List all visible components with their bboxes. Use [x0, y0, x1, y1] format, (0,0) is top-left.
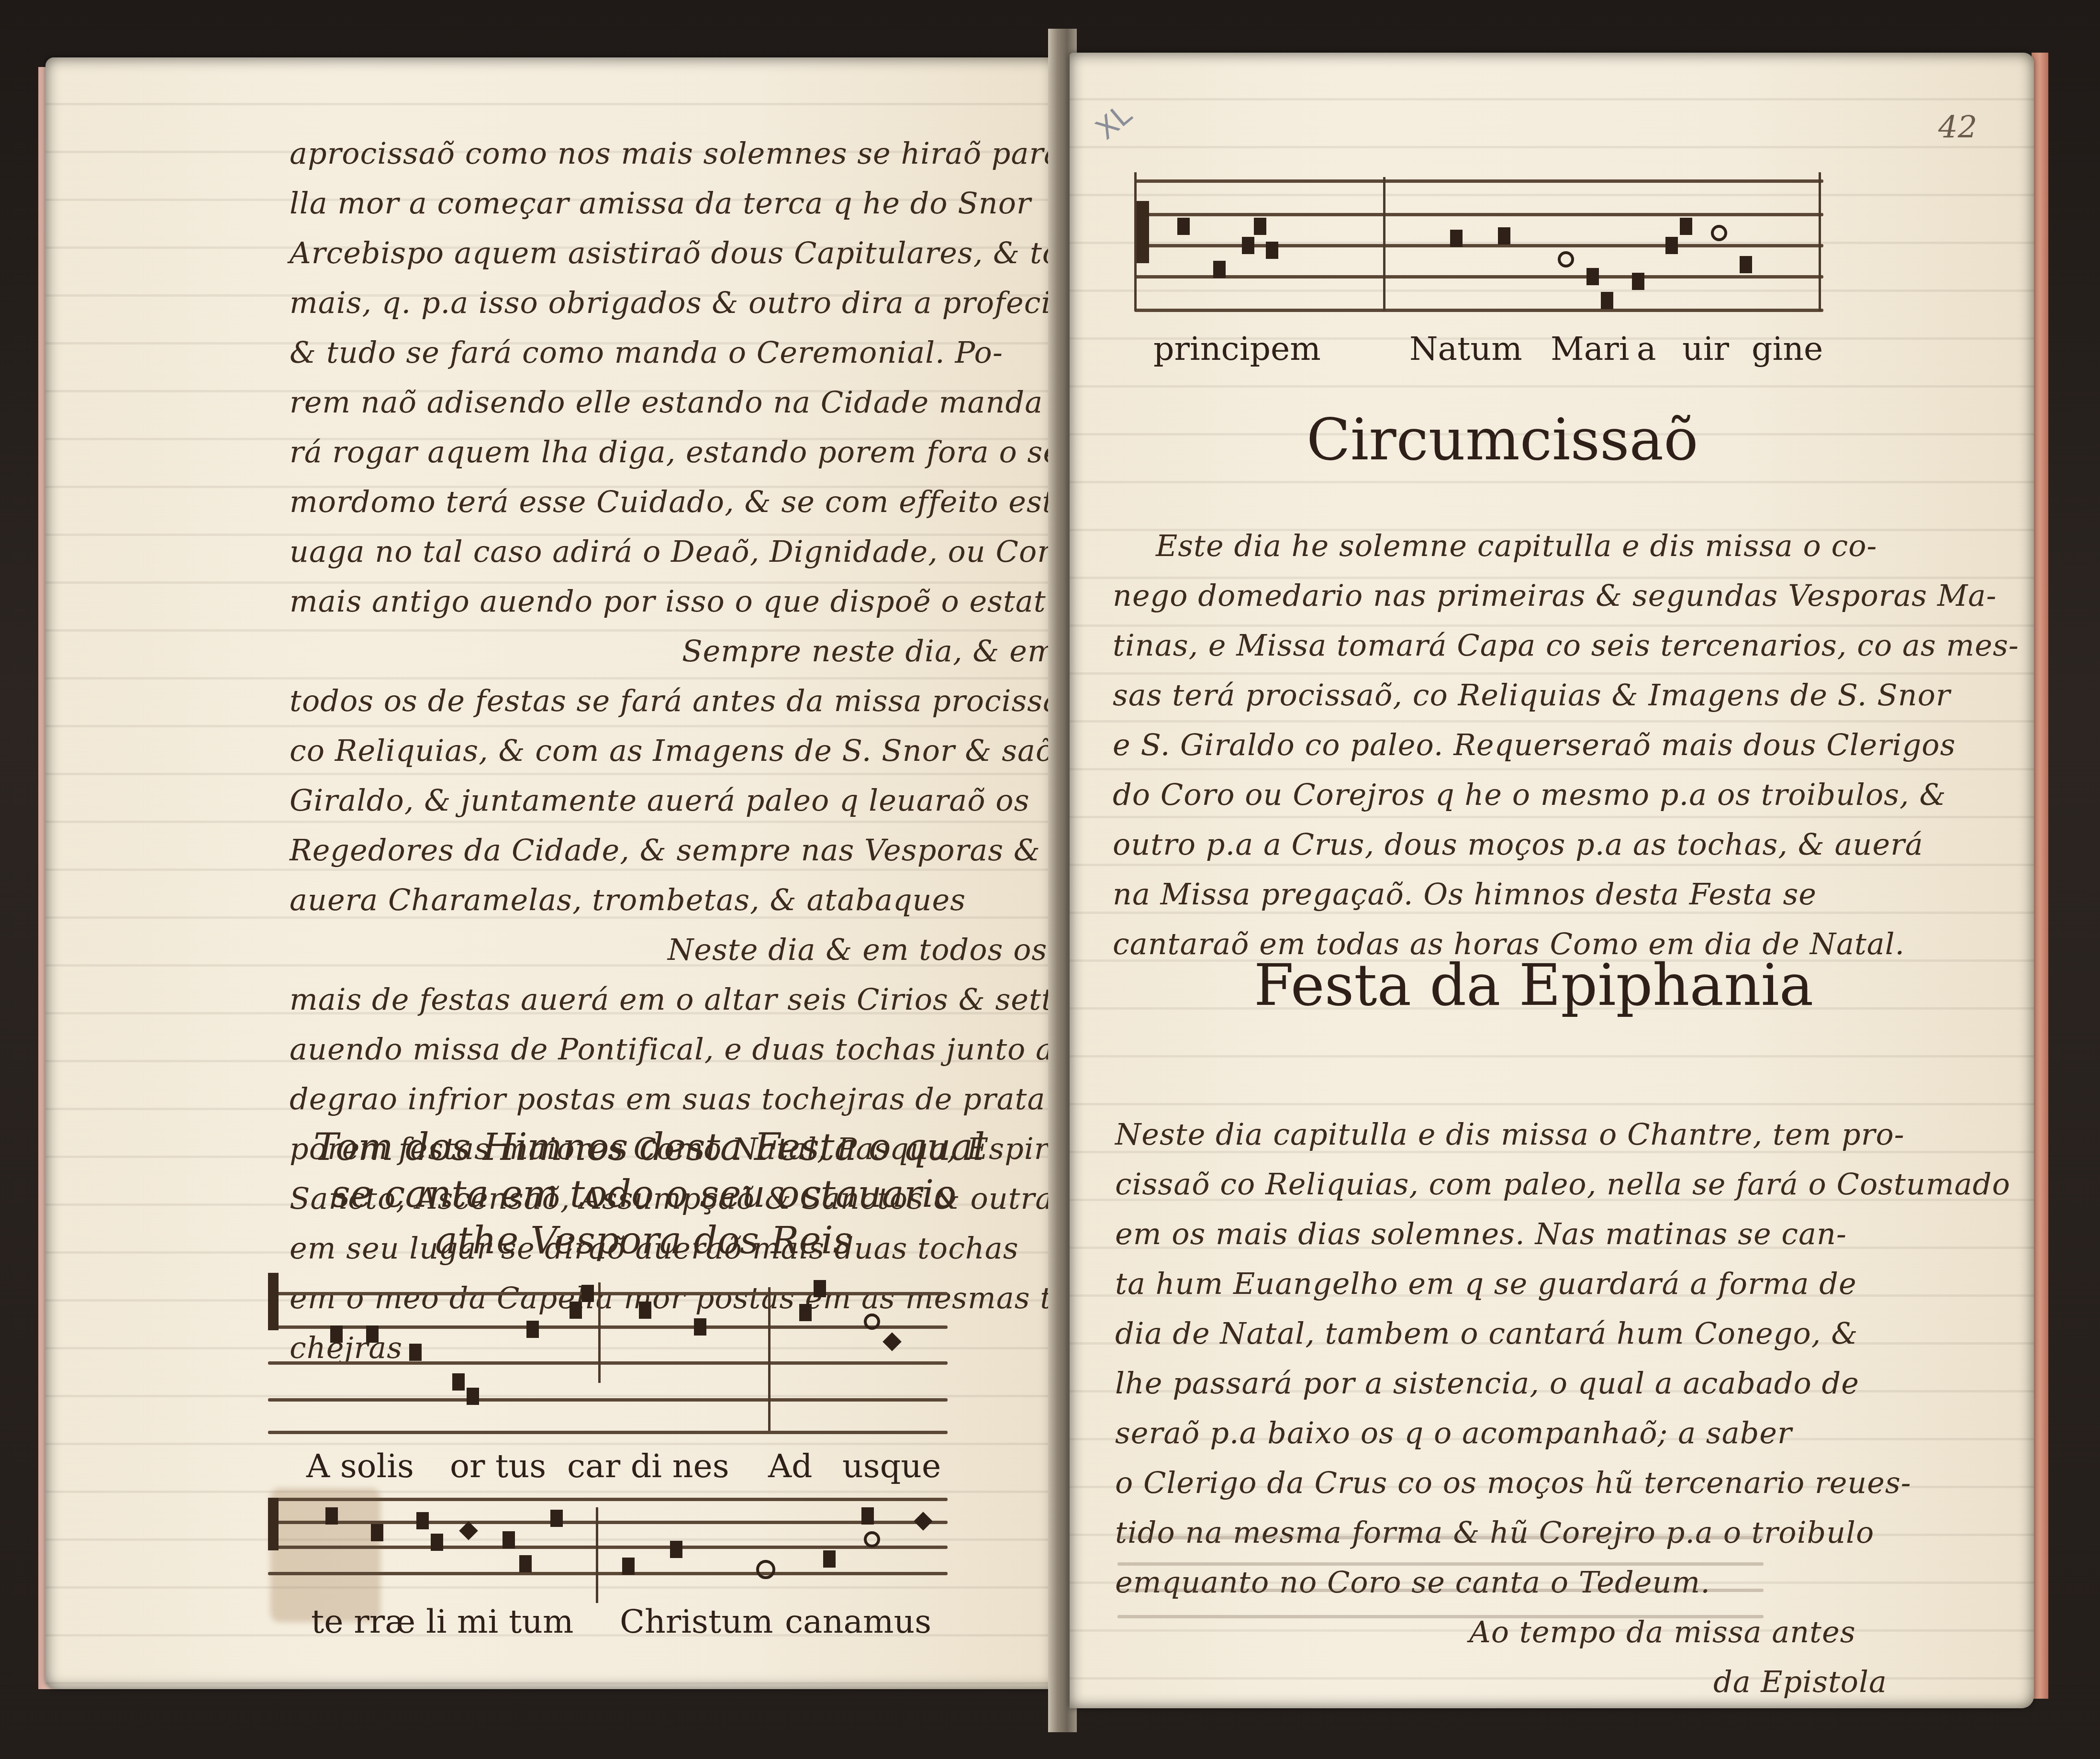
text-line: outro p.a a Crus, dous moços p.a as toch… [1113, 830, 1926, 879]
text-line-lead: Neste dia & em todos os [290, 935, 1055, 985]
text-line: Arcebispo aquem asistiraõ dous Capitular… [290, 238, 1055, 288]
text-line: seraõ p.a baixo os q o acompanhaõ; a sab… [1115, 1418, 1929, 1468]
chant-staff-2 [268, 1498, 948, 1574]
lyric: principem [1153, 330, 1321, 368]
lyric: A solis [306, 1447, 414, 1485]
chant-1-lyrics: A solis or tus car di nes Ad usque [306, 1447, 976, 1491]
text-line: na Missa pregaçaõ. Os himnos desta Festa… [1113, 879, 1926, 929]
text-line: co Reliquias, & com as Imagens de S. Sno… [290, 736, 1055, 786]
text-line: o Clerigo da Crus co os moços hũ tercena… [1115, 1468, 1929, 1518]
text-line: mais antigo auendo por isso o que dispoẽ… [290, 587, 1055, 636]
lyric: Christum [620, 1603, 773, 1641]
text-line: lhe passará por a sistencia, o qual a ac… [1115, 1369, 1929, 1418]
folio-number: 42 [1938, 110, 1977, 145]
lyric: li mi tum [426, 1603, 574, 1641]
text-line: em os mais dias solemnes. Nas matinas se… [1115, 1219, 1929, 1269]
lyric: gine [1752, 330, 1823, 368]
text-line: mais de festas auerá em o altar seis Cir… [290, 985, 1055, 1035]
chant-2-lyrics: te rræ li mi tum Christum canamus [311, 1603, 981, 1646]
top-chant-staff [1134, 172, 1823, 316]
section-title-epiphany: Festa da Epiphania [1254, 952, 1813, 1019]
lyric: canamus [785, 1603, 931, 1641]
text-line: tinas, e Missa tomará Capa co seis terce… [1113, 631, 1926, 680]
text-line: lla mor a começar amissa da terca q he d… [290, 189, 1055, 238]
hymn-tone-heading: Tom dos Himnos desta Festa o qual se can… [313, 1124, 974, 1265]
lyric: or tus [450, 1447, 546, 1485]
chant-staff-1 [268, 1273, 948, 1431]
section-title-circumcision: Circumcissaõ [1307, 407, 1698, 473]
text-line: mais, q. p.a isso obrigados & outro dira… [290, 288, 1055, 338]
text-line: do Coro ou Corejros q he o mesmo p.a os … [1113, 780, 1926, 830]
text-line: dia de Natal, tambem o cantará hum Coneg… [1115, 1319, 1929, 1369]
lyric: car di nes [567, 1447, 729, 1485]
lyric: Ad [768, 1447, 813, 1485]
text-line: rá rogar aquem lha diga, estando porem f… [290, 437, 1055, 487]
lyric: Mari [1551, 330, 1629, 368]
lyric: usque [842, 1447, 941, 1485]
text-line: Neste dia capitulla e dis missa o Chantr… [1115, 1120, 1929, 1169]
text-line: auera Charamelas, trombetas, & atabaques [290, 885, 1055, 935]
lyric: uir [1682, 330, 1729, 368]
text-line: Giraldo, & juntamente auerá paleo q leua… [290, 786, 1055, 835]
hymn-heading-line: se canta em todo o seu octauario [313, 1171, 974, 1218]
text-line: todos os de festas se fará antes da miss… [290, 686, 1055, 736]
text-line: auendo missa de Pontifical, e duas tocha… [290, 1035, 1055, 1084]
text-line-lead: Sempre neste dia, & em [290, 636, 1055, 686]
text-line: sas terá procissaõ, co Reliquias & Image… [1113, 680, 1926, 730]
top-chant-lyrics: principem Natum Mari a uir gine [1153, 330, 1871, 373]
text-line: uaga no tal caso adirá o Deaõ, Dignidade… [290, 537, 1055, 587]
right-page: XL 42 principem Natum Mari a uir gine [1070, 53, 2034, 1708]
lyric: Natum [1409, 330, 1522, 368]
closing-line: da Epistola [1115, 1667, 1929, 1717]
circumcision-paragraph: Este dia he solemne capitulla e dis miss… [1113, 531, 1926, 979]
bleed-through-staff [1117, 1536, 1764, 1632]
text-line: aprocissaõ como nos mais solemnes se hir… [290, 139, 1055, 189]
hymn-heading-line: athe Vespora dos Reis [313, 1218, 974, 1265]
text-line: Este dia he solemne capitulla e dis miss… [1113, 531, 1926, 581]
hymn-heading-line: Tom dos Himnos desta Festa o qual [313, 1124, 974, 1171]
text-line: ta hum Euangelho em q se guardará a form… [1115, 1269, 1929, 1319]
right-fore-edge [2032, 53, 2048, 1699]
lyric: te rræ [311, 1603, 415, 1641]
text-line: Regedores da Cidade, & sempre nas Vespor… [290, 835, 1055, 885]
text-line: rem naõ adisendo elle estando na Cidade … [290, 388, 1055, 437]
text-line: mordomo terá esse Cuidado, & se com effe… [290, 487, 1055, 537]
text-line: e S. Giraldo co paleo. Requerseraõ mais … [1113, 730, 1926, 780]
lyric: a [1637, 330, 1656, 368]
text-line: nego domedario nas primeiras & segundas … [1113, 581, 1926, 631]
text-line: & tudo se fará como manda o Ceremonial. … [290, 338, 1055, 388]
text-line: cissaõ co Reliquias, com paleo, nella se… [1115, 1169, 1929, 1219]
left-page: aprocissaõ como nos mais solemnes se hir… [45, 57, 1055, 1689]
